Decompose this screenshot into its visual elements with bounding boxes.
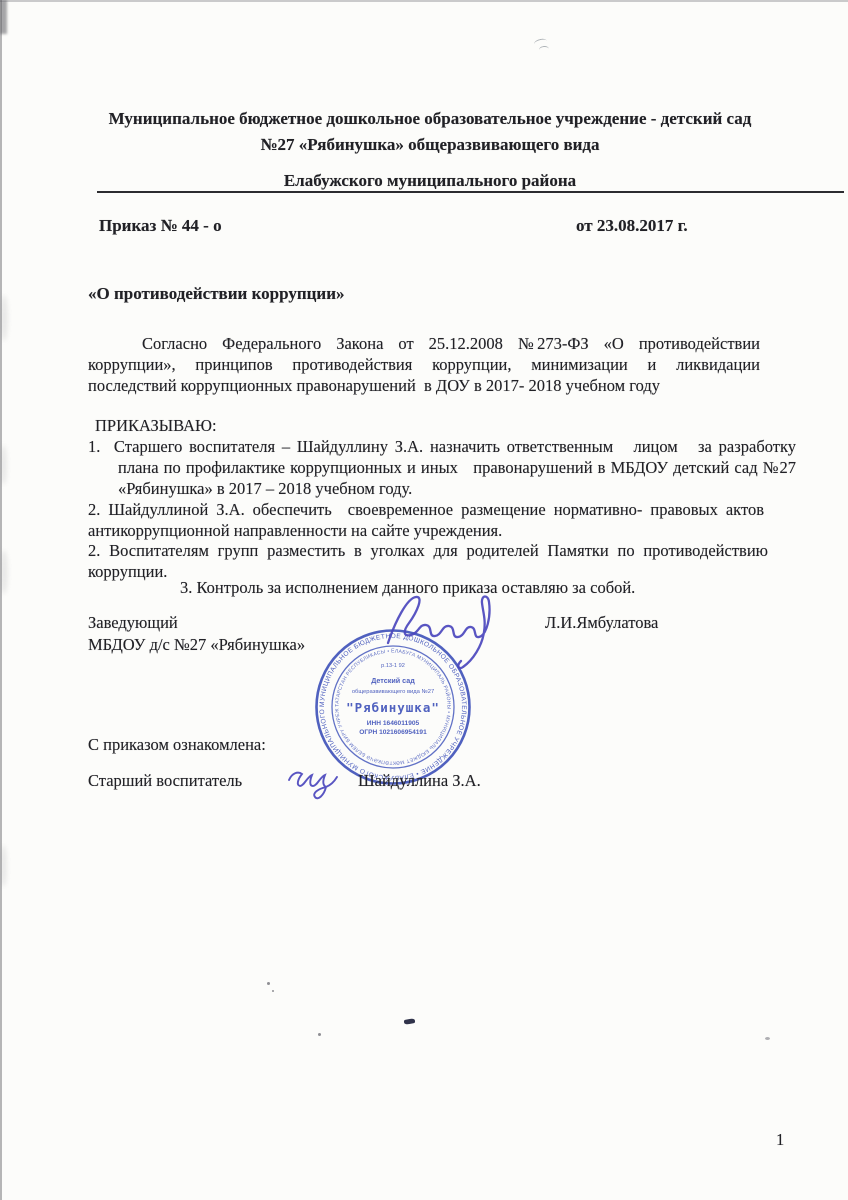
stamp-inn: ИНН 1646011905 [367,720,420,727]
scan-top-edge [0,0,848,2]
scanned-order-page: Муниципальное бюджетное дошкольное образ… [0,0,848,1200]
scan-pencil-mark [539,45,550,53]
stamp-org-name: "Рябинушка" [346,700,440,715]
scan-speck [765,1037,770,1040]
signer-position: Заведующий [88,613,178,634]
ink-speck [404,1018,416,1025]
scan-left-edge [0,0,2,1200]
scan-speck [267,982,270,985]
signer-organization: МБДОУ д/с №27 «Рябинушка» [88,635,305,656]
stamp-line1: Детский сад [371,676,415,685]
ack-label: С приказом ознакомлена: [88,735,266,756]
header-rule [97,191,844,193]
scan-speck [272,990,274,992]
scan-smudge [0,295,8,341]
page-number: 1 [776,1130,784,1151]
director-signature [383,588,498,676]
order-item-1: 1. Старшего воспитателя – Шайдуллину З.А… [88,437,796,500]
ack-signature [286,764,340,802]
scan-corner-smudge [0,0,7,34]
ack-position: Старший воспитатель [88,771,242,792]
scan-smudge [0,445,7,485]
signature-stroke [383,588,498,676]
signature-stroke [286,764,340,802]
scan-smudge [0,550,8,594]
order-item-3: 2. Воспитателям групп разместить в уголк… [88,541,768,583]
document-title-line1: Муниципальное бюджетное дошкольное образ… [90,108,770,129]
scan-speck [318,1033,321,1036]
order-item-2: 2. Шайдуллиной З.А. обеспечить своевреме… [88,500,764,542]
order-intro-paragraph: Согласно Федерального Закона от 25.12.20… [88,334,760,397]
signer-name: Л.И.Ямбулатова [545,613,658,634]
scan-smudge [0,845,7,887]
document-subtitle: Елабужского муниципального района [90,170,770,191]
order-number: Приказ № 44 - о [99,215,222,236]
ack-name: Шайдуллина З.А. [358,771,481,792]
stamp-line2: общеразвивающего вида №27 [352,689,434,695]
order-date: от 23.08.2017 г. [576,215,688,236]
stamp-ogrn: ОГРН 1021606954191 [359,729,427,736]
order-word: ПРИКАЗЫВАЮ: [95,416,217,437]
document-title-line2: №27 «Рябинушка» общеразвивающего вида [90,134,770,155]
order-subject: «О противодействии коррупции» [88,283,345,304]
